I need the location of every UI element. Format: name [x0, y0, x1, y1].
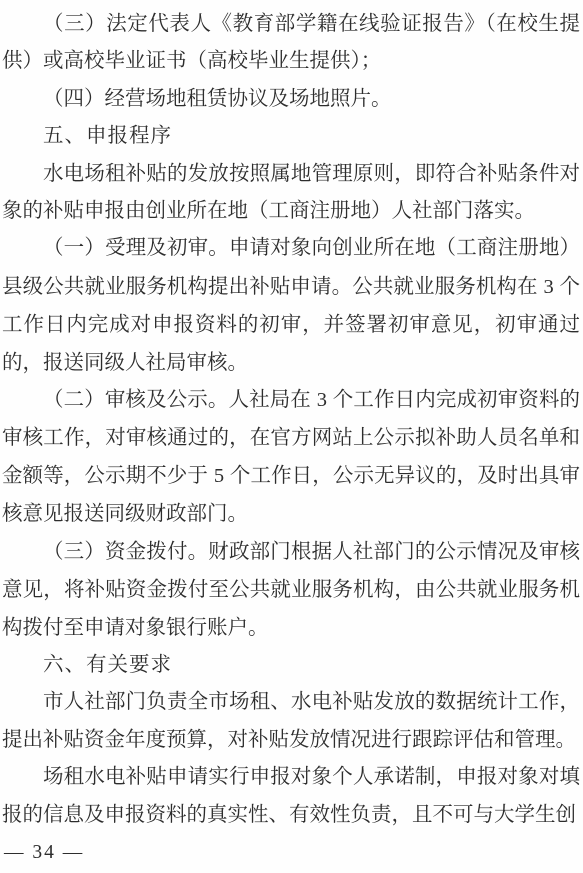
- document-page: （三）法定代表人《教育部学籍在线验证报告》（在校生提供）或高校毕业证书（高校毕业…: [0, 0, 583, 873]
- paragraph-text: （三）法定代表人《教育部学籍在线验证报告》（在校生提供）或高校毕业证书（高校毕业…: [2, 12, 580, 72]
- heading-text: 六、有关要求: [43, 653, 172, 676]
- paragraph-text: 水电场租补贴的发放按照属地管理原则，即符合补贴条件对象的补贴申报由创业所在地（工…: [2, 162, 580, 222]
- paragraph-text: 场租水电补贴申请实行申报对象个人承诺制，申报对象对填报的信息及申报资料的真实性、…: [2, 765, 580, 825]
- paragraph-statistics-duty: 市人社部门负责全市场租、水电补贴发放的数据统计工作，提出补贴资金年度预算，对补贴…: [2, 683, 580, 758]
- paragraph-item-4-documents: （四）经营场地租赁协议及场地照片。: [2, 80, 580, 117]
- page-number: — 34 —: [4, 841, 84, 865]
- section-heading-6-requirements: 六、有关要求: [2, 646, 580, 683]
- heading-text: 五、申报程序: [43, 124, 172, 147]
- paragraph-lead: （二）审核及公示。: [43, 389, 228, 411]
- paragraph-lead: （一）受理及初审。: [43, 237, 229, 259]
- paragraph-step-1-acceptance: （一）受理及初审。申请对象向创业所在地（工商注册地）县级公共就业服务机构提出补贴…: [2, 229, 580, 381]
- paragraph-step-3-fund-allocation: （三）资金拨付。财政部门根据人社部门的公示情况及审核意见，将补贴资金拨付至公共就…: [2, 533, 580, 646]
- paragraph-text: （四）经营场地租赁协议及场地照片。: [43, 87, 392, 110]
- section-heading-5-application-procedure: 五、申报程序: [2, 117, 580, 154]
- paragraph-territorial-principle: 水电场租补贴的发放按照属地管理原则，即符合补贴条件对象的补贴申报由创业所在地（工…: [2, 155, 580, 230]
- paragraph-lead: （三）资金拨付。: [43, 541, 208, 563]
- paragraph-personal-commitment: 场租水电补贴申请实行申报对象个人承诺制，申报对象对填报的信息及申报资料的真实性、…: [2, 758, 580, 833]
- paragraph-item-3-documents: （三）法定代表人《教育部学籍在线验证报告》（在校生提供）或高校毕业证书（高校毕业…: [2, 5, 580, 80]
- paragraph-text: 市人社部门负责全市场租、水电补贴发放的数据统计工作，提出补贴资金年度预算，对补贴…: [2, 690, 580, 750]
- paragraph-step-2-review-publicity: （二）审核及公示。人社局在 3 个工作日内完成初审资料的审核工作，对审核通过的，…: [2, 381, 580, 533]
